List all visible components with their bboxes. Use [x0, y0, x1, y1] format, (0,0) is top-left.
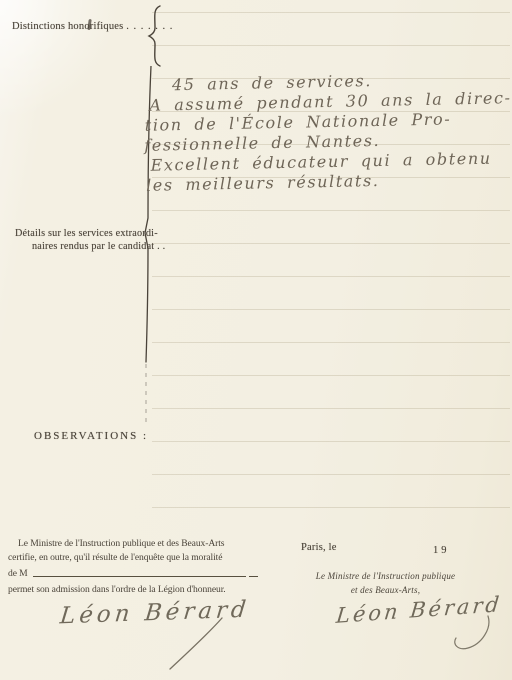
details-label: Détails sur les services extraordi- nair…: [15, 227, 193, 253]
dateline-place: Paris, le: [301, 542, 337, 553]
curly-brace-icon: [147, 5, 164, 67]
distinctions-row: Distinctions honorifiques . . . . . . .: [12, 21, 152, 32]
certification-line3-prefix: de M: [8, 568, 28, 579]
certification-line2: certifie, en outre, qu'il résulte de l'e…: [8, 552, 258, 563]
handwritten-note: 45 ans de services. A assumé pendant 30 …: [144, 68, 512, 196]
signature-tail-icon: [444, 614, 496, 654]
observations-label: OBSERVATIONS :: [34, 430, 148, 442]
minister-title-line2: et des Beaux-Arts,: [298, 583, 473, 597]
certification-line4: permet son admission dans l'ordre de la …: [8, 584, 258, 595]
scanned-form-page: Distinctions honorifiques . . . . . . . …: [0, 0, 512, 680]
minister-title-block: Le Ministre de l'Instruction publique et…: [298, 569, 473, 597]
details-label-line1: Détails sur les services extraordi-: [15, 227, 193, 240]
dateline-year-prefix: 19: [433, 545, 450, 556]
signature-flourish-icon: [168, 616, 226, 672]
morality-blank-line: [33, 576, 246, 577]
certification-line1: Le Ministre de l'Instruction publique et…: [8, 538, 258, 549]
details-label-line2: naires rendus par le candidat . .: [32, 240, 193, 253]
certification-line3: de M: [8, 568, 258, 579]
morality-blank-dash: [249, 576, 258, 577]
distinctions-label: Distinctions honorifiques: [12, 21, 123, 32]
minister-title-line1: Le Ministre de l'Instruction publique: [298, 569, 473, 583]
